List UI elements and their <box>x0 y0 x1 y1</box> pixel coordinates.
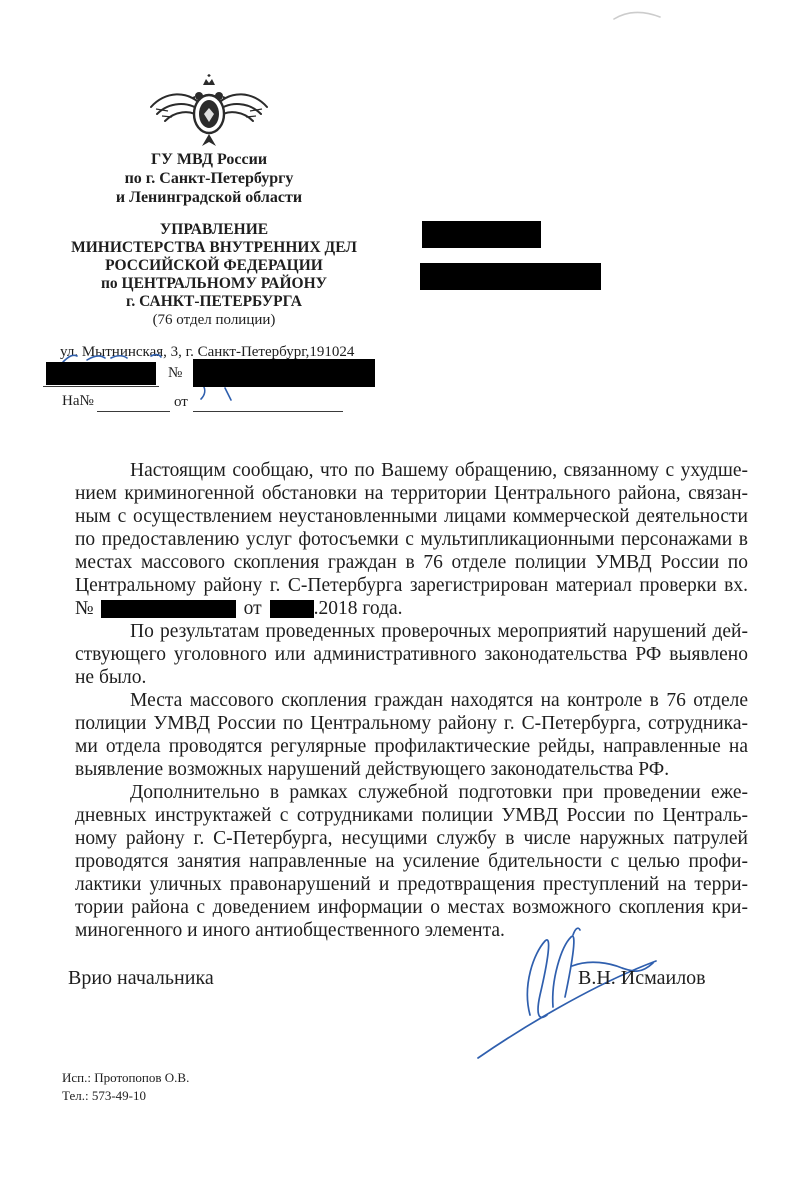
body-line: полиции УМВД России по Центральному райо… <box>75 712 748 735</box>
redaction-bar-outgoing-number <box>193 359 375 387</box>
body-line: Настоящим сообщаю, что по Вашему обращен… <box>75 459 748 482</box>
executor-phone: Тел.: 573-49-10 <box>62 1087 189 1105</box>
org-main-line: г. САНКТ-ПЕТЕРБУРГА <box>18 293 410 311</box>
org-top-line: и Ленинградской области <box>44 188 374 207</box>
org-top-line: ГУ МВД России <box>44 150 374 169</box>
body-line: ми отдела проводятся регулярные профилак… <box>75 735 748 758</box>
incoming-ref-label: На№ <box>62 393 94 410</box>
body-line: проводятся занятия направленные на усиле… <box>75 850 748 873</box>
body-line: Дополнительно в рамках служебной подгото… <box>75 781 748 804</box>
body-line: По результатам проведенных проверочных м… <box>75 620 748 643</box>
body-line: Места массового скопления граждан находя… <box>75 689 748 712</box>
incoming-date-blank <box>193 411 343 412</box>
body-line: не было. <box>75 666 748 689</box>
body-line: дневных инструктажей с сотрудниками поли… <box>75 804 748 827</box>
redaction-bar-addressee-2 <box>420 263 601 290</box>
redaction-bar-date <box>46 362 156 385</box>
scan-artifact-mark <box>608 4 670 26</box>
body-line: ствующего уголовного или административно… <box>75 643 748 666</box>
body-line: тории района с доведением информации о м… <box>75 896 748 919</box>
footer-executor-block: Исп.: Протопопов О.В. Тел.: 573-49-10 <box>62 1069 189 1105</box>
executor-name: Исп.: Протопопов О.В. <box>62 1069 189 1087</box>
incoming-number-blank <box>97 411 170 412</box>
body-line: выявление возможных нарушений действующе… <box>75 758 748 781</box>
scanned-letter-page: ГУ МВД России по г. Санкт-Петербургу и Л… <box>0 0 810 1200</box>
body-line: нием криминогенной обстановки на террито… <box>75 482 748 505</box>
ref-ot-label: от <box>244 597 262 620</box>
org-main-line: РОССИЙСКОЙ ФЕДЕРАЦИИ <box>18 257 410 275</box>
body-line: ному району г. С-Петербурга, несущими сл… <box>75 827 748 850</box>
incoming-date-label: от <box>174 394 188 411</box>
outgoing-number-label: № <box>168 365 182 382</box>
body-line: местах массового скопления граждан в 76 … <box>75 551 748 574</box>
org-top-line: по г. Санкт-Петербургу <box>44 169 374 188</box>
date-blank-line <box>43 386 159 387</box>
org-main-line: МИНИСТЕРСТВА ВНУТРЕННИХ ДЕЛ <box>18 239 410 257</box>
ref-year-suffix: .2018 года. <box>314 597 403 620</box>
org-main-line: по ЦЕНТРАЛЬНОМУ РАЙОНУ <box>18 275 410 293</box>
body-line: ным с осуществлением неустановленными ли… <box>75 505 748 528</box>
redaction-bar-case-number <box>101 600 236 618</box>
signer-name: В.Н. Исмаилов <box>578 967 706 990</box>
redaction-bar-case-date <box>270 600 314 618</box>
body-line: Центральному району г. С-Петербурга заре… <box>75 574 748 597</box>
registration-reference-line: № от .2018 года. <box>75 597 748 620</box>
body-line: лактики уличных правонарушений и предотв… <box>75 873 748 896</box>
ref-number-sign: № <box>75 597 94 620</box>
redaction-bar-addressee-1 <box>422 221 541 248</box>
org-department-line: (76 отдел полиции) <box>18 311 410 329</box>
letter-body: Настоящим сообщаю, что по Вашему обращен… <box>75 459 748 942</box>
handwritten-signature-icon <box>460 925 680 1070</box>
org-name-main: УПРАВЛЕНИЕ МИНИСТЕРСТВА ВНУТРЕННИХ ДЕЛ Р… <box>18 221 410 329</box>
signer-position: Врио начальника <box>68 967 214 990</box>
body-line: по предоставлению услуг фотосъемки с мул… <box>75 528 748 551</box>
org-main-line: УПРАВЛЕНИЕ <box>18 221 410 239</box>
mvd-double-eagle-emblem-icon <box>148 74 270 152</box>
org-name-parent: ГУ МВД России по г. Санкт-Петербургу и Л… <box>44 150 374 207</box>
